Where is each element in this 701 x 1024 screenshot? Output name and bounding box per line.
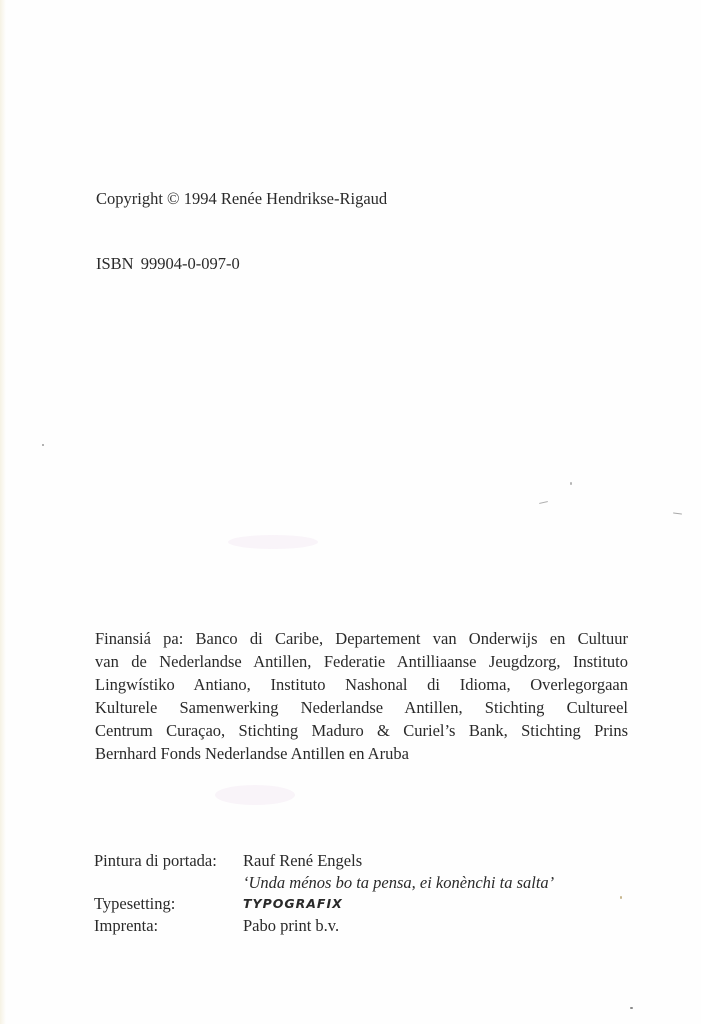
credit-label: Pintura di portada: bbox=[94, 850, 243, 872]
scan-speck bbox=[620, 896, 622, 899]
credit-row-painting-title: ‘Unda ménos bo ta pensa, ei konènchi ta … bbox=[94, 872, 554, 894]
funding-line: Kulturele Samenwerking Nederlandse Antil… bbox=[95, 696, 628, 719]
isbn-number: ISBN 99904-0-097-0 bbox=[96, 253, 240, 275]
scan-speck bbox=[673, 512, 682, 514]
page-edge-tint bbox=[0, 0, 6, 1024]
painting-title: ‘Unda ménos bo ta pensa, ei konènchi ta … bbox=[243, 872, 554, 894]
credit-label bbox=[94, 872, 243, 894]
scan-speck bbox=[539, 501, 548, 504]
credit-row-printer: Imprenta: Pabo print b.v. bbox=[94, 915, 554, 937]
funding-line: van de Nederlandse Antillen, Federatie A… bbox=[95, 650, 628, 673]
funding-line: Centrum Curaçao, Stichting Maduro & Curi… bbox=[95, 719, 628, 742]
funding-line: Finansiá pa: Banco di Caribe, Departemen… bbox=[95, 627, 628, 650]
funding-line: Lingwístiko Antiano, Instituto Nashonal … bbox=[95, 673, 628, 696]
typesetter-logo: TYPOGRAFIX bbox=[243, 893, 343, 915]
scan-smudge bbox=[215, 785, 295, 805]
scan-speck bbox=[570, 482, 572, 485]
funding-acknowledgement: Finansiá pa: Banco di Caribe, Departemen… bbox=[95, 627, 628, 765]
funding-line: Bernhard Fonds Nederlandse Antillen en A… bbox=[95, 742, 628, 765]
credit-row-cover-painting: Pintura di portada: Rauf René Engels bbox=[94, 850, 554, 872]
credits-block: Pintura di portada: Rauf René Engels ‘Un… bbox=[94, 850, 554, 936]
copyright-notice: Copyright © 1994 Renée Hendrikse-Rigaud bbox=[96, 188, 387, 210]
scan-smudge bbox=[228, 535, 318, 549]
credit-label: Typesetting: bbox=[94, 893, 243, 915]
credit-value: Rauf René Engels bbox=[243, 850, 362, 872]
scan-speck bbox=[42, 444, 44, 446]
credit-value: Pabo print b.v. bbox=[243, 915, 339, 937]
book-copyright-page: Copyright © 1994 Renée Hendrikse-Rigaud … bbox=[0, 0, 701, 1024]
scan-speck bbox=[630, 1007, 633, 1009]
credit-row-typesetting: Typesetting: TYPOGRAFIX bbox=[94, 893, 554, 915]
credit-label: Imprenta: bbox=[94, 915, 243, 937]
